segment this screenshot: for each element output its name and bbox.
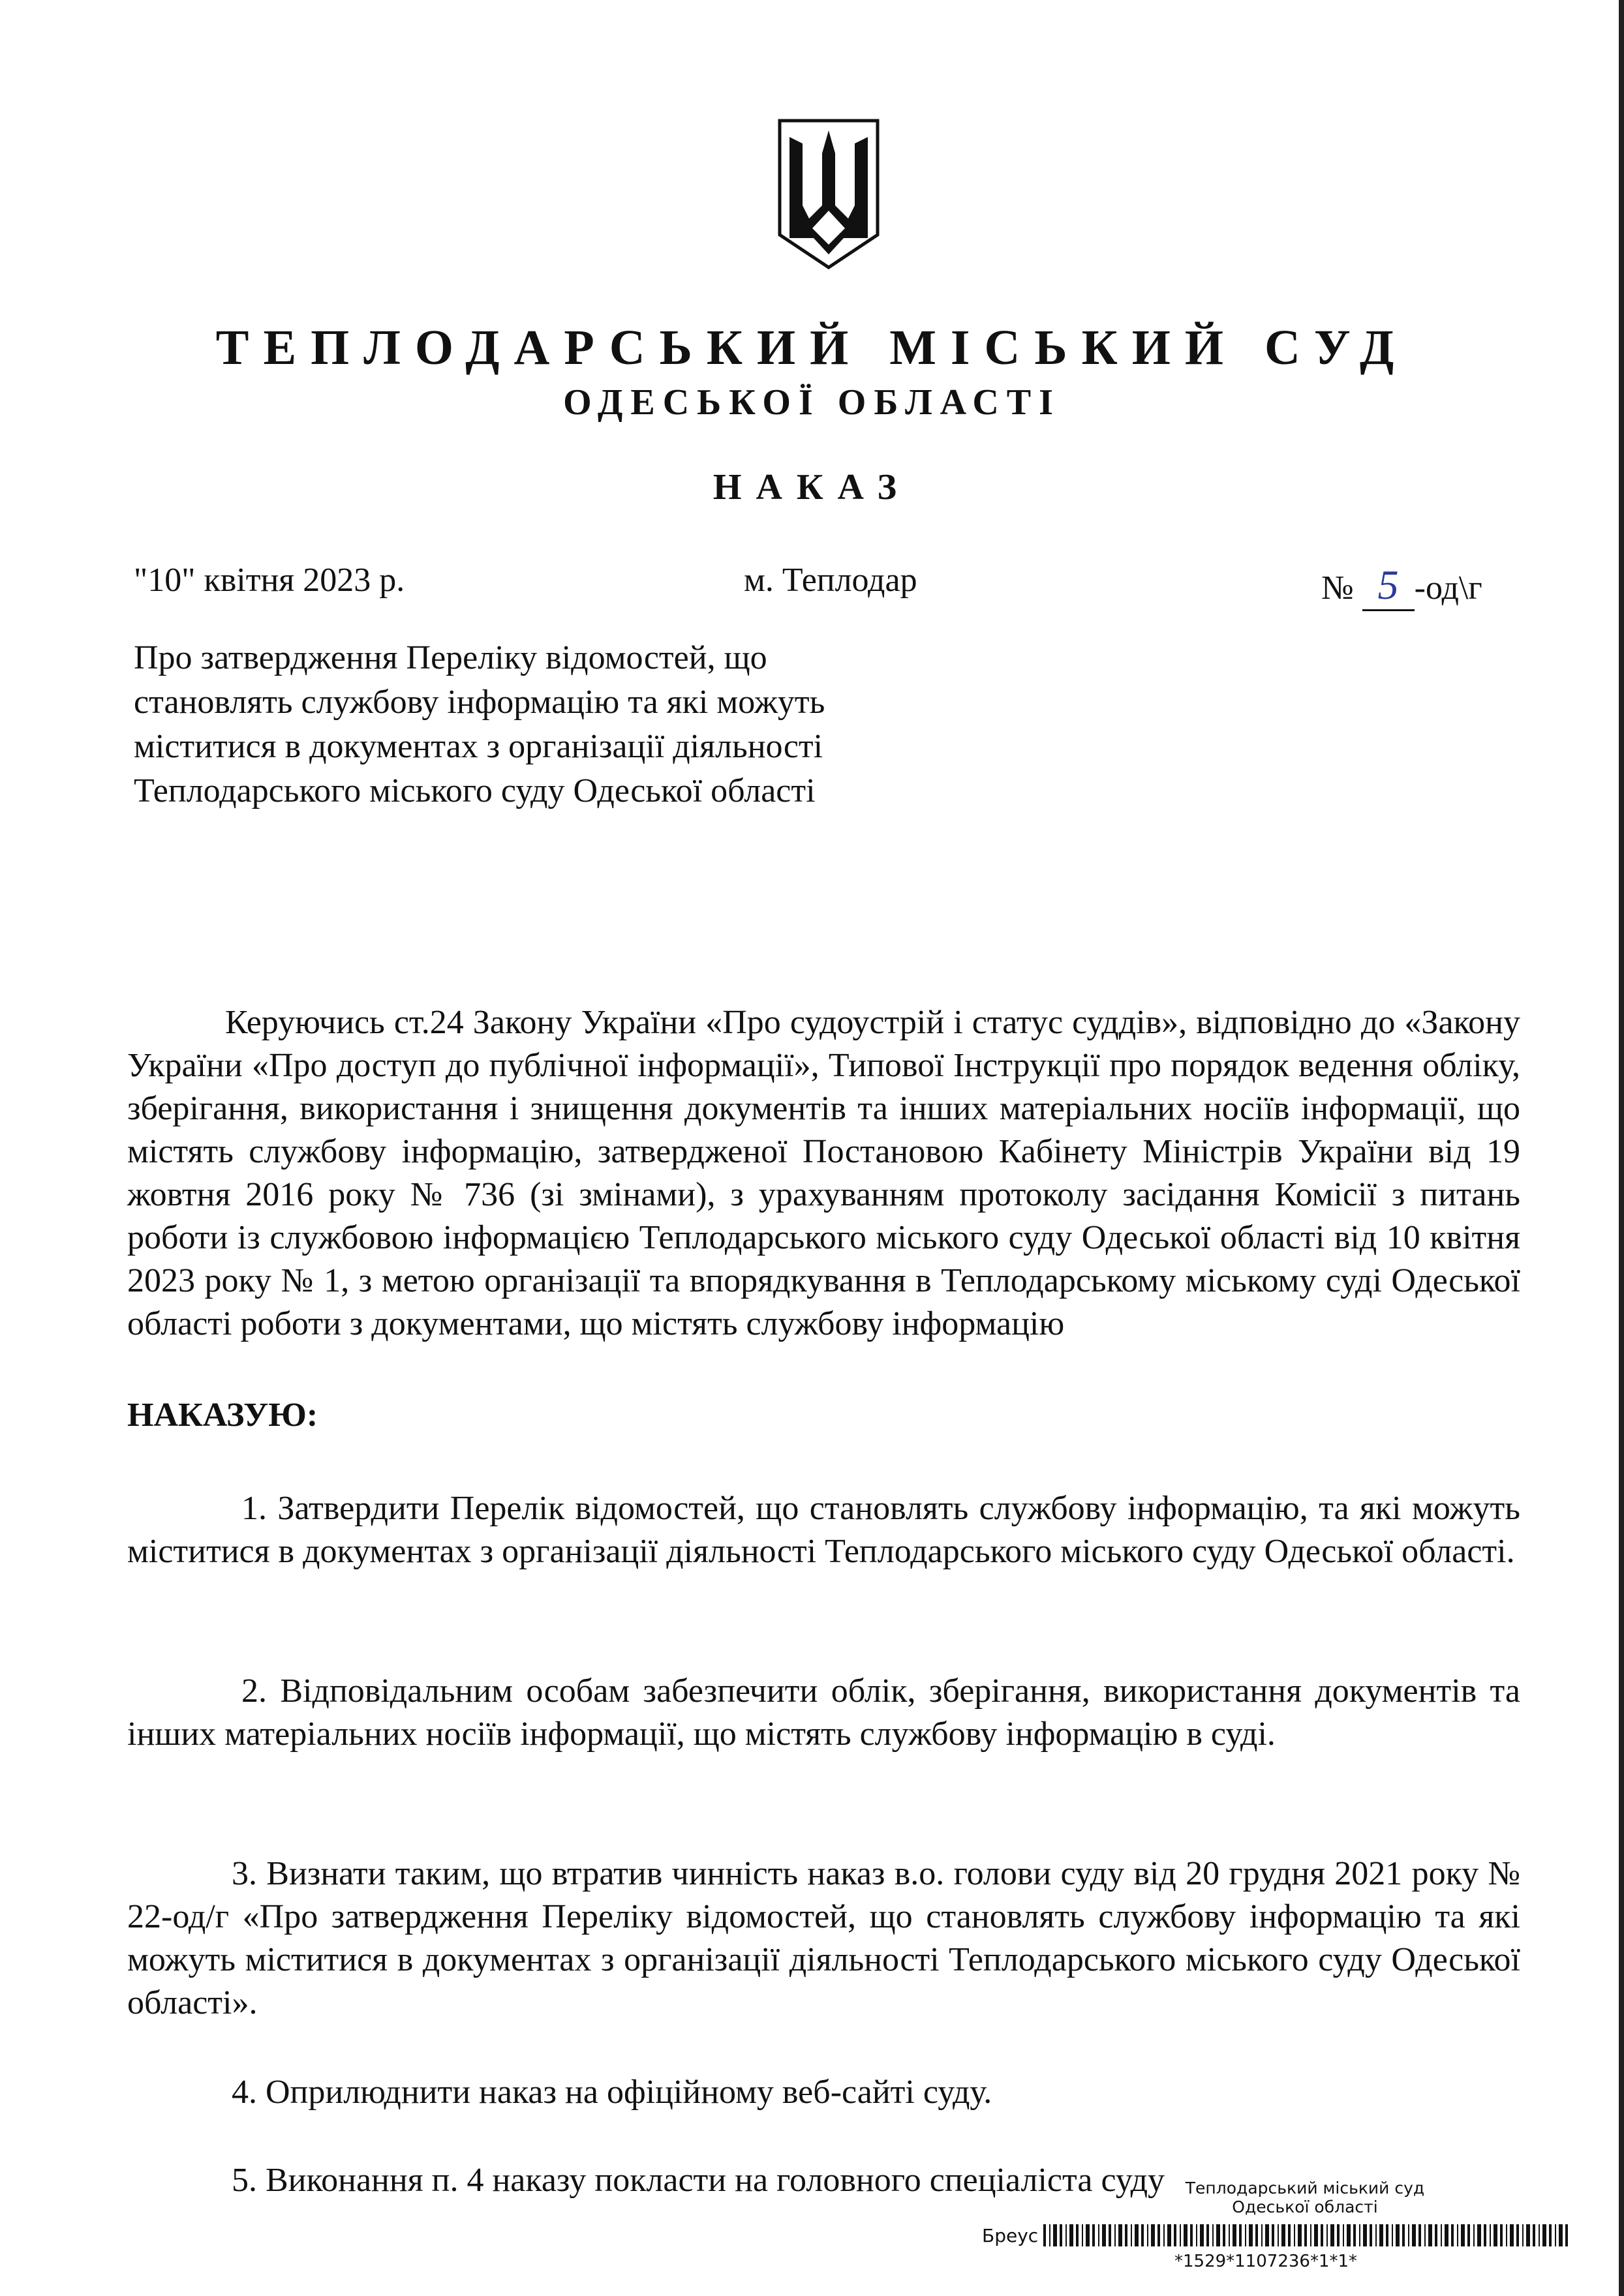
stamp-court: Теплодарський міський суд bbox=[979, 2179, 1514, 2198]
order-city: м. Теплодар bbox=[744, 561, 917, 599]
court-name: ТЕПЛОДАРСЬКИЙ МІСЬКИЙ СУД bbox=[0, 320, 1624, 376]
court-region: ОДЕСЬКОЇ ОБЛАСТІ bbox=[0, 382, 1624, 423]
order-item-2: 2. Відповідальним особам забезпечити обл… bbox=[127, 1670, 1520, 1756]
barcode-number: *1529*1107236*1*1* bbox=[1174, 2252, 1357, 2271]
order-subject: Про затвердження Переліку відомостей, що… bbox=[134, 636, 851, 813]
order-number: № 5-од\г bbox=[1321, 561, 1482, 611]
number-prefix: № bbox=[1321, 569, 1354, 607]
number-suffix: -од\г bbox=[1415, 569, 1482, 607]
stamp-name: Бреус bbox=[982, 2225, 1038, 2246]
order-date: "10" квітня 2023 р. bbox=[134, 561, 405, 599]
coat-of-arms-icon bbox=[773, 114, 884, 271]
stamp-region: Одеської області bbox=[979, 2198, 1514, 2216]
order-item-1: 1. Затвердити Перелік відомостей, що ста… bbox=[127, 1487, 1520, 1573]
order-item-4: 4. Оприлюднити наказ на офіційному веб-с… bbox=[127, 2071, 1520, 2114]
order-word: НАКАЗУЮ: bbox=[127, 1396, 318, 1434]
handwritten-number: 5 bbox=[1362, 561, 1415, 611]
order-item-3: 3. Визнати таким, що втратив чинність на… bbox=[127, 1852, 1520, 2025]
document-type: НАКАЗ bbox=[0, 466, 1624, 508]
registration-stamp: Теплодарський міський суд Одеської облас… bbox=[979, 2179, 1514, 2216]
barcode-icon bbox=[1043, 2224, 1569, 2246]
barcode-row: Бреус bbox=[982, 2224, 1569, 2246]
preamble: Керуючись ст.24 Закону України «Про судо… bbox=[127, 1001, 1520, 1346]
